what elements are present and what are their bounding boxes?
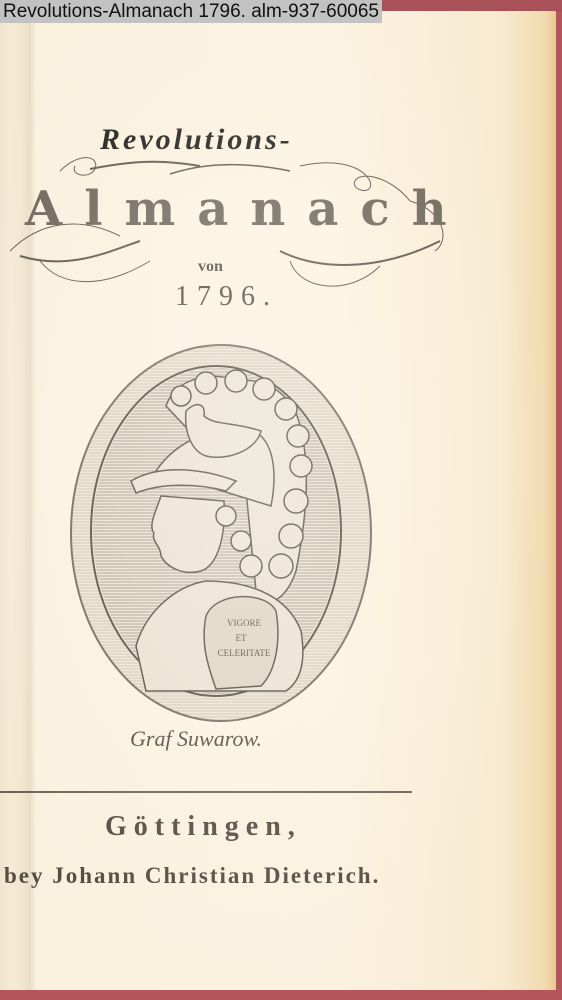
title-year: 1796. <box>175 281 278 313</box>
image-caption: Revolutions-Almanach 1796. alm-937-60065 <box>0 0 382 23</box>
imprint-publisher: bey Johann Christian Dieterich. <box>4 863 380 889</box>
shield-inscription-2: ET <box>236 633 247 643</box>
shield-inscription-3: CELERITATE <box>218 648 271 658</box>
title-page: Revolutions- Almanach von 1796. <box>0 11 556 993</box>
title-line-1: Revolutions- <box>100 123 293 157</box>
portrait-medallion: VIGORE ET CELERITATE <box>66 341 376 726</box>
horizontal-rule <box>0 791 412 793</box>
shield-inscription-1: VIGORE <box>227 618 261 628</box>
title-line-2: Almanach <box>25 181 469 237</box>
title-von: von <box>198 258 223 276</box>
portrait-caption: Graf Suwarow. <box>130 726 262 752</box>
book-bottom-edge <box>0 990 562 1000</box>
imprint-place: Göttingen, <box>105 811 302 843</box>
